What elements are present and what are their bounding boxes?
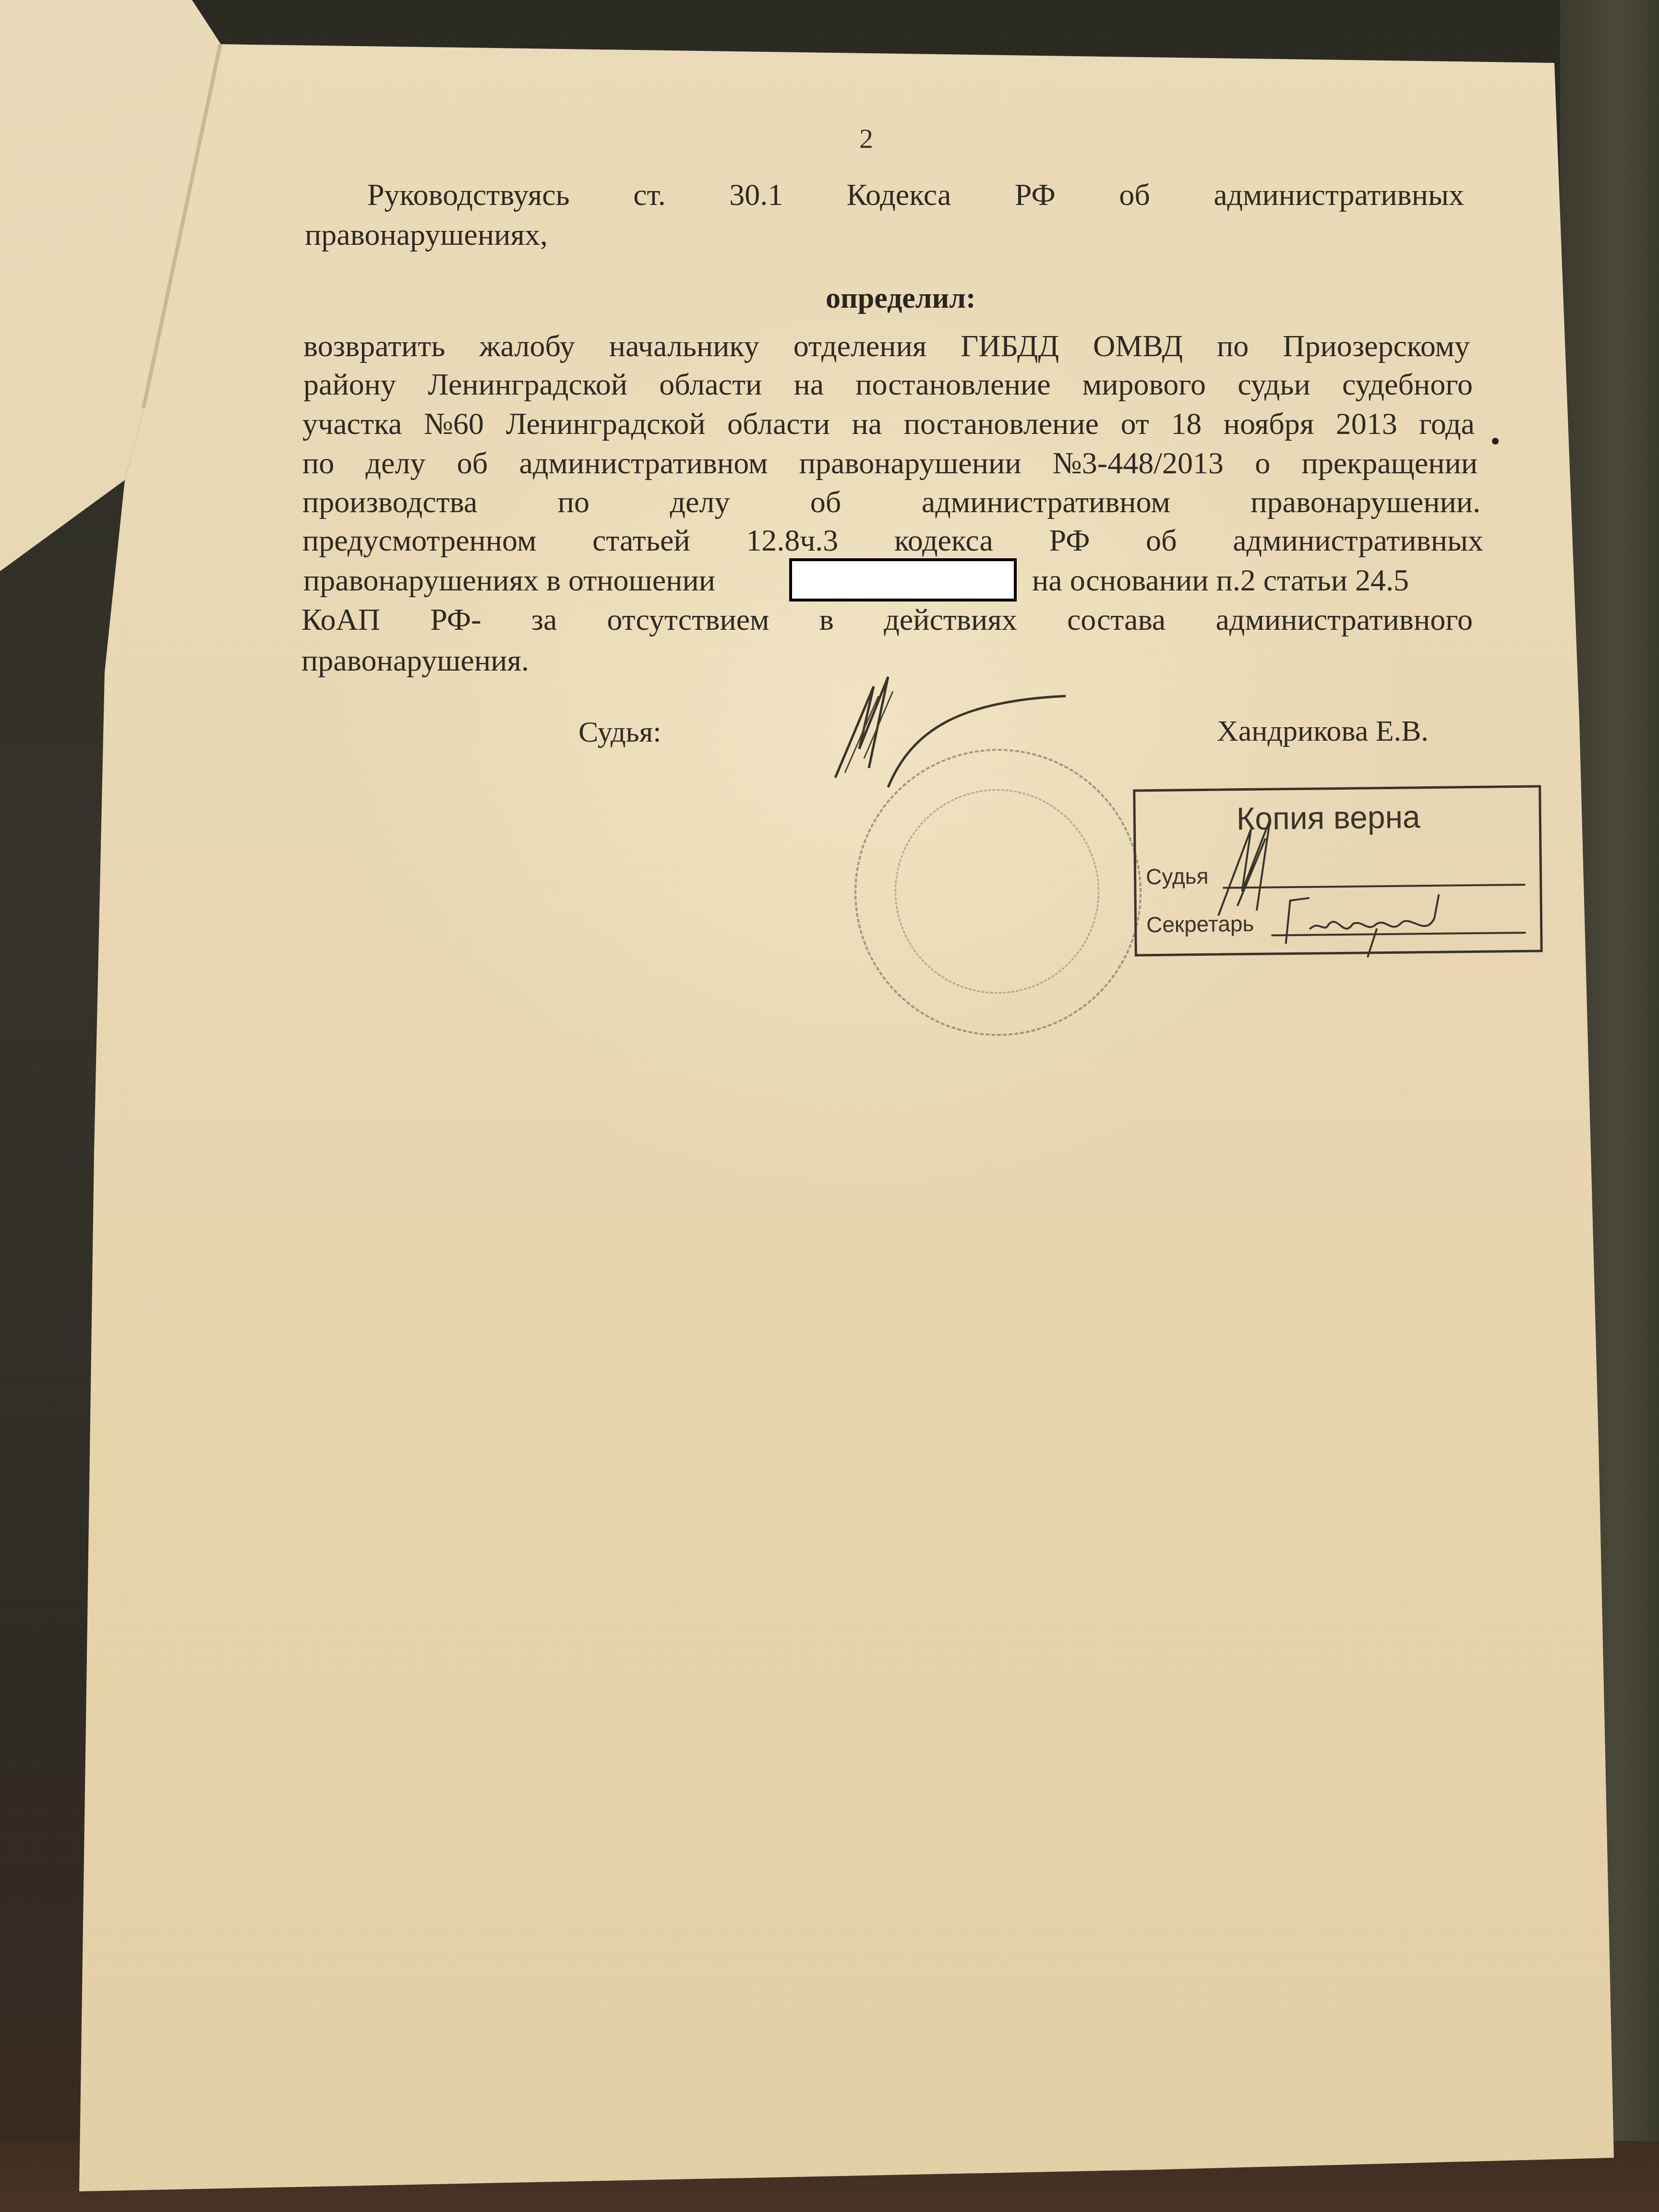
intro-word: 30.1 bbox=[729, 175, 783, 215]
closing-word: административного bbox=[1215, 600, 1472, 639]
intro-word: ст. bbox=[633, 175, 666, 215]
decision-word: области bbox=[727, 404, 830, 444]
intro-word: Кодекса bbox=[847, 175, 951, 215]
decision-word: №3-448/2013 bbox=[1053, 444, 1224, 483]
redacted-name-box bbox=[789, 558, 1017, 601]
decision-word: о bbox=[1255, 444, 1270, 483]
decision-line: предусмотренномстатьей12.8ч.3кодексаРФоб… bbox=[302, 521, 1483, 560]
decision-word: ноября bbox=[1224, 404, 1314, 444]
decision-line: районуЛенинградскойобластинапостановлени… bbox=[303, 365, 1473, 404]
judge-signature-label: Судья: bbox=[578, 715, 661, 749]
decision-word: предусмотренном bbox=[302, 521, 536, 560]
decision-line: возвратитьжалобуначальникуотделенияГИБДД… bbox=[303, 326, 1470, 366]
stamp-secretary-signature bbox=[1280, 889, 1483, 963]
decision-word: постановление bbox=[855, 365, 1050, 404]
intro-line-1: Руководствуясьст.30.1КодексаРФобадминист… bbox=[367, 175, 1464, 215]
closing-word: отсутствием bbox=[607, 600, 769, 639]
decision-word: ОМВД bbox=[1093, 326, 1183, 366]
intro-line-2: правонарушениях, bbox=[305, 215, 548, 254]
intro-word: об bbox=[1119, 175, 1150, 215]
decision-word: судебного bbox=[1342, 365, 1473, 404]
decision-word: 12.8ч.3 bbox=[746, 521, 838, 560]
copy-certified-stamp: Копия верна Судья Секретарь bbox=[1133, 785, 1543, 957]
decision-word: мирового bbox=[1082, 365, 1206, 404]
decision-word: жалобу bbox=[479, 326, 575, 366]
closing-word: в bbox=[819, 600, 834, 639]
stamp-judge-label: Судья bbox=[1146, 863, 1209, 890]
decision-word: прекращении bbox=[1301, 444, 1478, 483]
closing-word: за bbox=[531, 600, 557, 639]
decision-word: Приозерскому bbox=[1283, 326, 1470, 366]
decision-word: по bbox=[558, 482, 589, 522]
closing-word: РФ- bbox=[430, 600, 481, 639]
judge-name: Хандрикова Е.В. bbox=[1217, 714, 1429, 748]
decision-word: области bbox=[659, 365, 762, 404]
decision-word: статьей bbox=[592, 521, 690, 560]
decision-word: об bbox=[1146, 521, 1177, 560]
decision-line: производстваподелуобадминистративномправ… bbox=[302, 482, 1480, 522]
ink-dot bbox=[1492, 438, 1499, 445]
court-seal bbox=[854, 749, 1142, 1036]
decision-line: участка№60Ленинградскойобластинапостанов… bbox=[302, 404, 1475, 444]
decision-word: возвратить bbox=[303, 326, 445, 366]
decision-word: участка bbox=[302, 404, 402, 444]
decision-word: об bbox=[810, 482, 842, 522]
decision-word: делу bbox=[366, 444, 426, 483]
decision-word: №60 bbox=[424, 404, 484, 444]
decision-word: кодекса bbox=[894, 521, 993, 560]
decision-word: постановление bbox=[904, 404, 1099, 444]
decision-word: РФ bbox=[1049, 521, 1090, 560]
intro-word: Руководствуясь bbox=[367, 175, 570, 215]
decision-word: по bbox=[302, 444, 334, 483]
decision-word: об bbox=[457, 444, 488, 483]
closing-word: состава bbox=[1067, 600, 1166, 639]
decision-word: Ленинградской bbox=[428, 365, 627, 404]
decision-word: на bbox=[793, 365, 824, 404]
intro-word: РФ bbox=[1015, 175, 1056, 215]
closing-word: КоАП bbox=[301, 600, 380, 639]
decision-word: производства bbox=[302, 482, 477, 522]
decision-word: правонарушении. bbox=[1250, 482, 1480, 522]
decision-word: судьи bbox=[1238, 365, 1310, 404]
decision-word: 2013 bbox=[1336, 404, 1397, 444]
intro-word: административных bbox=[1214, 175, 1464, 215]
redacted-line-after: на основании п.2 статьи 24.5 bbox=[1032, 561, 1409, 600]
decision-word: ГИБДД bbox=[961, 326, 1059, 366]
decision-word: административных bbox=[1233, 521, 1483, 560]
closing-line: КоАПРФ-заотсутствиемвдействияхсоставаадм… bbox=[301, 600, 1473, 639]
decision-word: 18 bbox=[1171, 404, 1202, 444]
decision-word: на bbox=[852, 404, 882, 444]
decision-word: по bbox=[1217, 326, 1249, 366]
decision-line: поделуобадминистративномправонарушении№3… bbox=[302, 444, 1478, 483]
page-number: 2 bbox=[859, 122, 873, 155]
decision-heading: определил: bbox=[826, 281, 976, 315]
closing-word: действиях bbox=[884, 600, 1017, 639]
last-line: правонарушения. bbox=[301, 641, 529, 680]
decision-word: правонарушении bbox=[799, 444, 1022, 483]
decision-word: отделения bbox=[793, 326, 927, 366]
decision-word: начальнику bbox=[609, 326, 759, 366]
decision-word: делу bbox=[670, 482, 730, 522]
decision-word: району bbox=[303, 365, 396, 404]
decision-word: административном bbox=[519, 444, 768, 483]
decision-word: года bbox=[1419, 404, 1475, 444]
decision-word: Ленинградской bbox=[506, 404, 706, 444]
redacted-line-before: правонарушениях в отношении bbox=[303, 561, 715, 600]
decision-word: административном bbox=[922, 482, 1170, 522]
decision-word: от bbox=[1120, 404, 1149, 444]
